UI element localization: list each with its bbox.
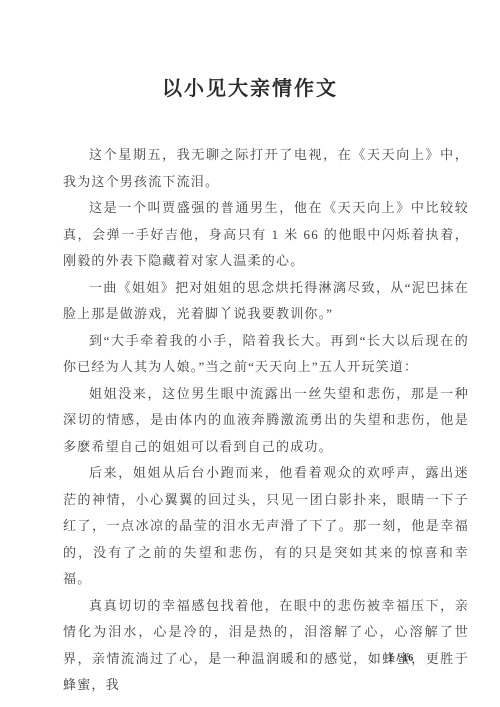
document-body: 这个星期五，我无聊之际打开了电视，在《天天向上》中，我为这个男孩流下流泪。这是一… [63, 142, 469, 699]
document-title: 以小见大亲情作文 [0, 0, 500, 104]
paragraph: 姐姐没来，这位男生眼中流露出一丝失望和悲伤，那是一种深切的情感，是由体内的血液奔… [63, 381, 469, 461]
paragraph: 一曲《姐姐》把对姐姐的思念烘托得淋漓尽致，从“泥巴抹在脸上那是做游戏，光着脚丫说… [63, 275, 469, 328]
page-number: 1 / 16 [388, 653, 414, 664]
paragraph: 这个星期五，我无聊之际打开了电视，在《天天向上》中，我为这个男孩流下流泪。 [63, 142, 469, 195]
paragraph: 真真切切的幸福感包找着他，在眼中的悲伤被幸福压下，亲情化为泪水，心是冷的，泪是热… [63, 593, 469, 699]
paragraph: 到“大手牵着我的小手，陪着我长大。再到“长大以后现在的你已经为人其为人娘。”当之… [63, 328, 469, 381]
paragraph: 这是一个叫贾盛强的普通男生，他在《天天向上》中比较较真，会弹一手好吉他，身高只有… [63, 195, 469, 275]
paragraph: 后来，姐姐从后台小跑而来，他看着观众的欢呼声，露出迷茫的神情，小心翼翼的回过头，… [63, 460, 469, 593]
document-page: 以小见大亲情作文 这个星期五，我无聊之际打开了电视，在《天天向上》中，我为这个男… [0, 0, 500, 707]
